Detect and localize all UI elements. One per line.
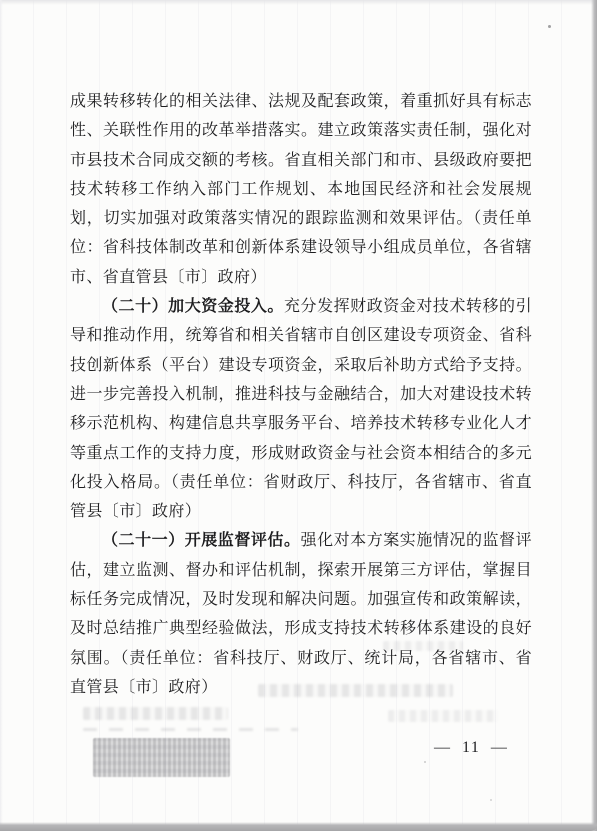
scan-edge-bottom [0,822,597,831]
ink-speck [490,799,492,801]
scan-edge-left [0,0,3,831]
scan-edge-top [0,0,597,5]
paragraph-21-evaluation: （二十一）开展监督评估。强化对本方案实施情况的监督评估，建立监测、督办和评估机制… [70,526,532,702]
paragraph-text: 充分发挥财政资金对技术转移的引导和推动作用，统筹省和相关省辖市自创区建设专项资金… [70,298,532,520]
document-body: 成果转移转化的相关法律、法规及配套政策，着重抓好具有标志性、关联性作用的改革举措… [70,87,532,702]
paragraph-text: 成果转移转化的相关法律、法规及配套政策，着重抓好具有标志性、关联性作用的改革举措… [70,93,532,286]
page-number: — 11 — [434,739,508,757]
bleedthrough-smudge [93,738,230,777]
paragraph-text: 强化对本方案实施情况的监督评估，建立监测、督办和评估机制，探索开展第三方评估，掌… [70,532,532,695]
ink-speck [548,25,551,28]
scan-edge-right [591,0,597,831]
scanned-document-page: 成果转移转化的相关法律、法规及配套政策，着重抓好具有标志性、关联性作用的改革举措… [0,0,597,831]
paragraph-20-funding: （二十）加大资金投入。充分发挥财政资金对技术转移的引导和推动作用，统筹省和相关省… [70,292,532,526]
bleedthrough-text-row [388,710,498,722]
paragraph-continuation: 成果转移转化的相关法律、法规及配套政策，着重抓好具有标志性、关联性作用的改革举措… [70,87,532,292]
section-heading: （二十）加大资金投入。 [102,298,284,315]
section-heading: （二十一）开展监督评估。 [102,532,301,549]
bleedthrough-underline [83,728,298,731]
bleedthrough-text-row [83,707,228,720]
ink-speck [424,761,426,763]
